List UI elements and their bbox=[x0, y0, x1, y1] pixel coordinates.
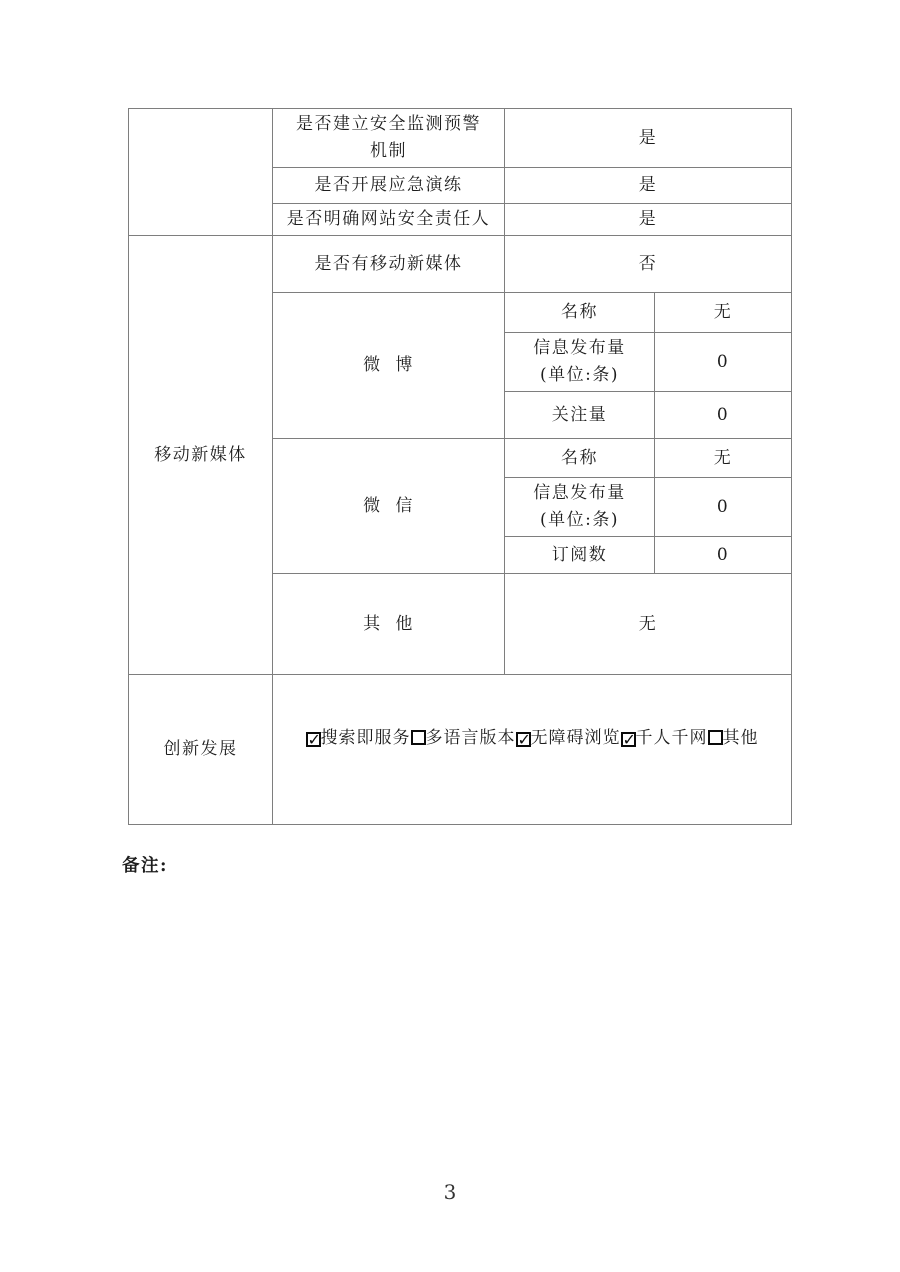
checkbox-label-accessibility: 无障碍浏览 bbox=[531, 728, 621, 748]
innovation-options-cell: ✓搜索即服务多语言版本✓无障碍浏览✓千人千网其他 bbox=[273, 675, 792, 825]
checkbox-multilingual[interactable] bbox=[411, 730, 426, 745]
checkbox-personalized[interactable]: ✓ bbox=[621, 732, 636, 747]
wechat-name-label: 名称 bbox=[505, 439, 655, 478]
other-media-value: 无 bbox=[505, 574, 792, 675]
weibo-followers-value: 0 bbox=[655, 392, 792, 439]
weibo-posts-label: 信息发布量 (单位:条) bbox=[505, 333, 655, 392]
emergency-drill-label: 是否开展应急演练 bbox=[273, 168, 505, 204]
weibo-name-label: 名称 bbox=[505, 293, 655, 333]
wechat-subscribers-label: 订阅数 bbox=[505, 537, 655, 574]
security-warning-label: 是否建立安全监测预警 机制 bbox=[273, 109, 505, 168]
checkbox-label-personalized: 千人千网 bbox=[636, 728, 708, 748]
security-officer-value: 是 bbox=[505, 204, 792, 236]
annual-report-table: 是否建立安全监测预警 机制 是 是否开展应急演练 是 是否明确网站安全责任人 是… bbox=[128, 108, 792, 825]
section-label-innovation: 创新发展 bbox=[129, 675, 273, 825]
checkbox-search-as-service[interactable]: ✓ bbox=[306, 732, 321, 747]
wechat-subscribers-value: 0 bbox=[655, 537, 792, 574]
has-mobile-media-label: 是否有移动新媒体 bbox=[273, 236, 505, 293]
section-label-mobile-media: 移动新媒体 bbox=[129, 236, 273, 675]
weibo-followers-label: 关注量 bbox=[505, 392, 655, 439]
checkbox-label-search-as-service: 搜索即服务 bbox=[321, 728, 411, 748]
emergency-drill-value: 是 bbox=[505, 168, 792, 204]
weibo-posts-value: 0 bbox=[655, 333, 792, 392]
document-page: 是否建立安全监测预警 机制 是 是否开展应急演练 是 是否明确网站安全责任人 是… bbox=[0, 0, 900, 1272]
wechat-posts-value: 0 bbox=[655, 478, 792, 537]
checkbox-label-other: 其他 bbox=[723, 728, 759, 748]
checkbox-accessibility[interactable]: ✓ bbox=[516, 732, 531, 747]
other-media-label: 其 他 bbox=[273, 574, 505, 675]
notes-label: 备注: bbox=[122, 852, 168, 877]
checkbox-label-multilingual: 多语言版本 bbox=[426, 728, 516, 748]
wechat-label: 微 信 bbox=[273, 439, 505, 574]
checkbox-other[interactable] bbox=[708, 730, 723, 745]
has-mobile-media-value: 否 bbox=[505, 236, 792, 293]
security-warning-value: 是 bbox=[505, 109, 792, 168]
security-officer-label: 是否明确网站安全责任人 bbox=[273, 204, 505, 236]
section-label-empty bbox=[129, 109, 273, 236]
innovation-options-line: ✓搜索即服务多语言版本✓无障碍浏览✓千人千网其他 bbox=[277, 725, 787, 752]
weibo-label: 微 博 bbox=[273, 293, 505, 439]
wechat-posts-label: 信息发布量 (单位:条) bbox=[505, 478, 655, 537]
weibo-name-value: 无 bbox=[655, 293, 792, 333]
wechat-name-value: 无 bbox=[655, 439, 792, 478]
page-number: 3 bbox=[0, 1180, 900, 1204]
